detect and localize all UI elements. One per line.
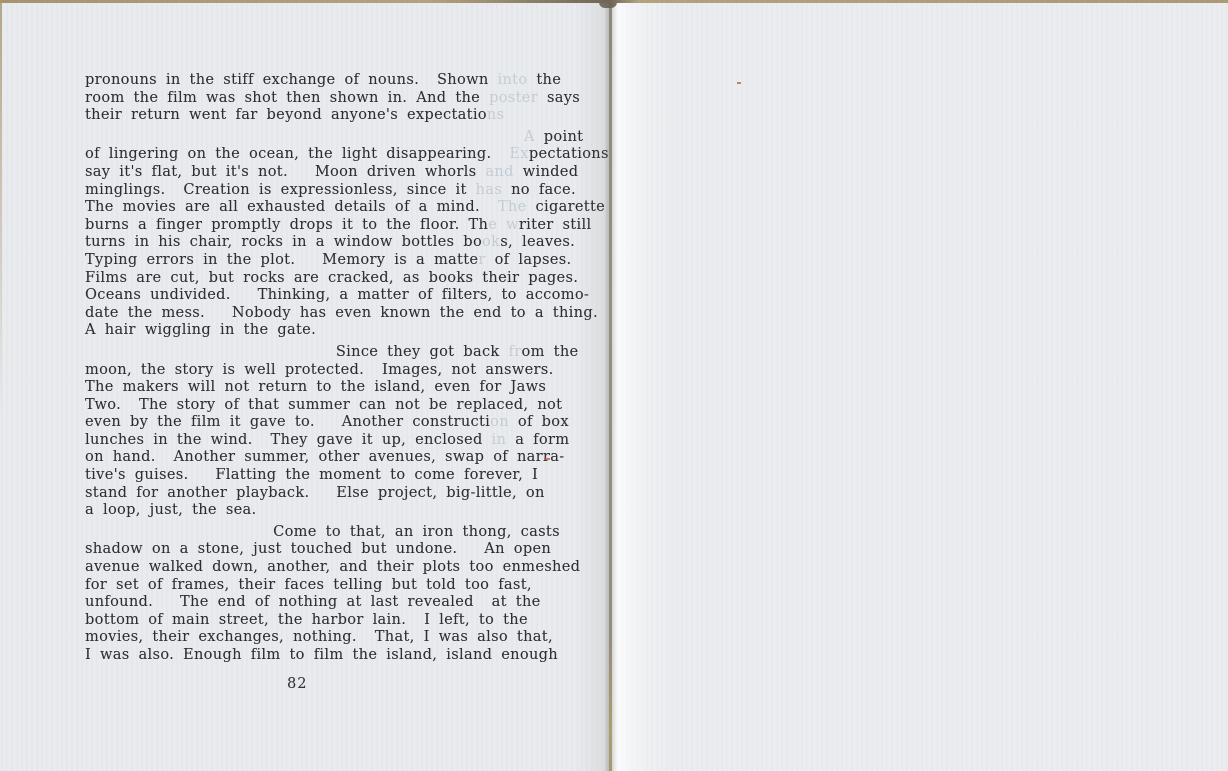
page-left: pronouns in the stiff exchange of nouns.…	[0, 0, 609, 771]
text-line: unfound. The end of nothing at last reve…	[85, 594, 609, 612]
text-line: A hair wiggling in the gate.	[85, 322, 609, 340]
text-line: bottom of main street, the harbor lain. …	[85, 612, 609, 630]
faint-text: r	[478, 252, 485, 268]
text-line: Since they got back from the	[85, 344, 609, 362]
text-line: turns in his chair, rocks in a window bo…	[85, 234, 609, 252]
text-line: pronouns in the stiff exchange of nouns.…	[85, 72, 609, 90]
gutter-fold-line	[609, 0, 612, 771]
faint-text: Ex	[509, 146, 528, 162]
page-right: Text paper is 20 lb. blue Strathmore Wri…	[609, 0, 1228, 771]
text-line: tive's guises. Flatting the moment to co…	[85, 467, 609, 485]
text-line: for set of frames, their faces telling b…	[85, 577, 609, 595]
faint-text: The	[498, 199, 527, 215]
book-scan: pronouns in the stiff exchange of nouns.…	[0, 0, 1228, 771]
text-line: A point	[85, 129, 609, 147]
text-line: Oceans undivided. Thinking, a matter of …	[85, 287, 609, 305]
faint-text: and	[485, 164, 513, 180]
text-line: The movies are all exhausted details of …	[85, 199, 609, 217]
gutter-shadow	[575, 0, 650, 771]
text-line: shadow on a stone, just touched but undo…	[85, 541, 609, 559]
text-line: even by the film it gave to. Another con…	[85, 414, 609, 432]
ink-fleck	[544, 458, 550, 460]
text-line: of lingering on the ocean, the light dis…	[85, 146, 609, 164]
text-line: Typing errors in the plot. Memory is a m…	[85, 252, 609, 270]
text-line: stand for another playback. Else project…	[85, 485, 609, 503]
text-line: a loop, just, the sea.	[85, 502, 609, 520]
faint-text: ok	[482, 234, 500, 250]
text-line: say it's flat, but it's not. Moon driven…	[85, 164, 609, 182]
faint-text: has	[476, 182, 502, 198]
faint-text: on	[490, 414, 509, 430]
text-line: I was also. Enough film to film the isla…	[85, 647, 609, 665]
page-left-text: pronouns in the stiff exchange of nouns.…	[85, 72, 609, 665]
text-line: on hand. Another summer, other avenues, …	[85, 449, 609, 467]
faint-text: ns	[487, 107, 504, 123]
scan-edge-left	[0, 0, 2, 420]
text-line: moon, the story is well protected. Image…	[85, 362, 609, 380]
faint-text: poster	[489, 90, 538, 106]
text-line: Two. The story of that summer can not be…	[85, 397, 609, 415]
faint-text: fr	[509, 344, 522, 360]
text-line: Come to that, an iron thong, casts	[85, 524, 609, 542]
text-line: burns a finger promptly drops it to the …	[85, 217, 609, 235]
ink-fleck	[737, 82, 741, 84]
faint-text: e w	[488, 217, 519, 233]
faint-text: into	[497, 72, 527, 88]
text-line: minglings. Creation is expressionless, s…	[85, 182, 609, 200]
text-line: date the mess. Nobody has even known the…	[85, 305, 609, 323]
scan-edge-top	[0, 0, 1228, 3]
text-line: movies, their exchanges, nothing. That, …	[85, 629, 609, 647]
text-line: their return went far beyond anyone's ex…	[85, 107, 609, 125]
text-line: room the film was shot then shown in. An…	[85, 90, 609, 108]
text-line: The makers will not return to the island…	[85, 379, 609, 397]
text-line: lunches in the wind. They gave it up, en…	[85, 432, 609, 450]
faint-text: in	[492, 432, 507, 448]
text-line: avenue walked down, another, and their p…	[85, 559, 609, 577]
text-line: Films are cut, but rocks are cracked, as…	[85, 270, 609, 288]
faint-text: A	[524, 129, 535, 145]
page-number-left: 82	[287, 676, 307, 692]
